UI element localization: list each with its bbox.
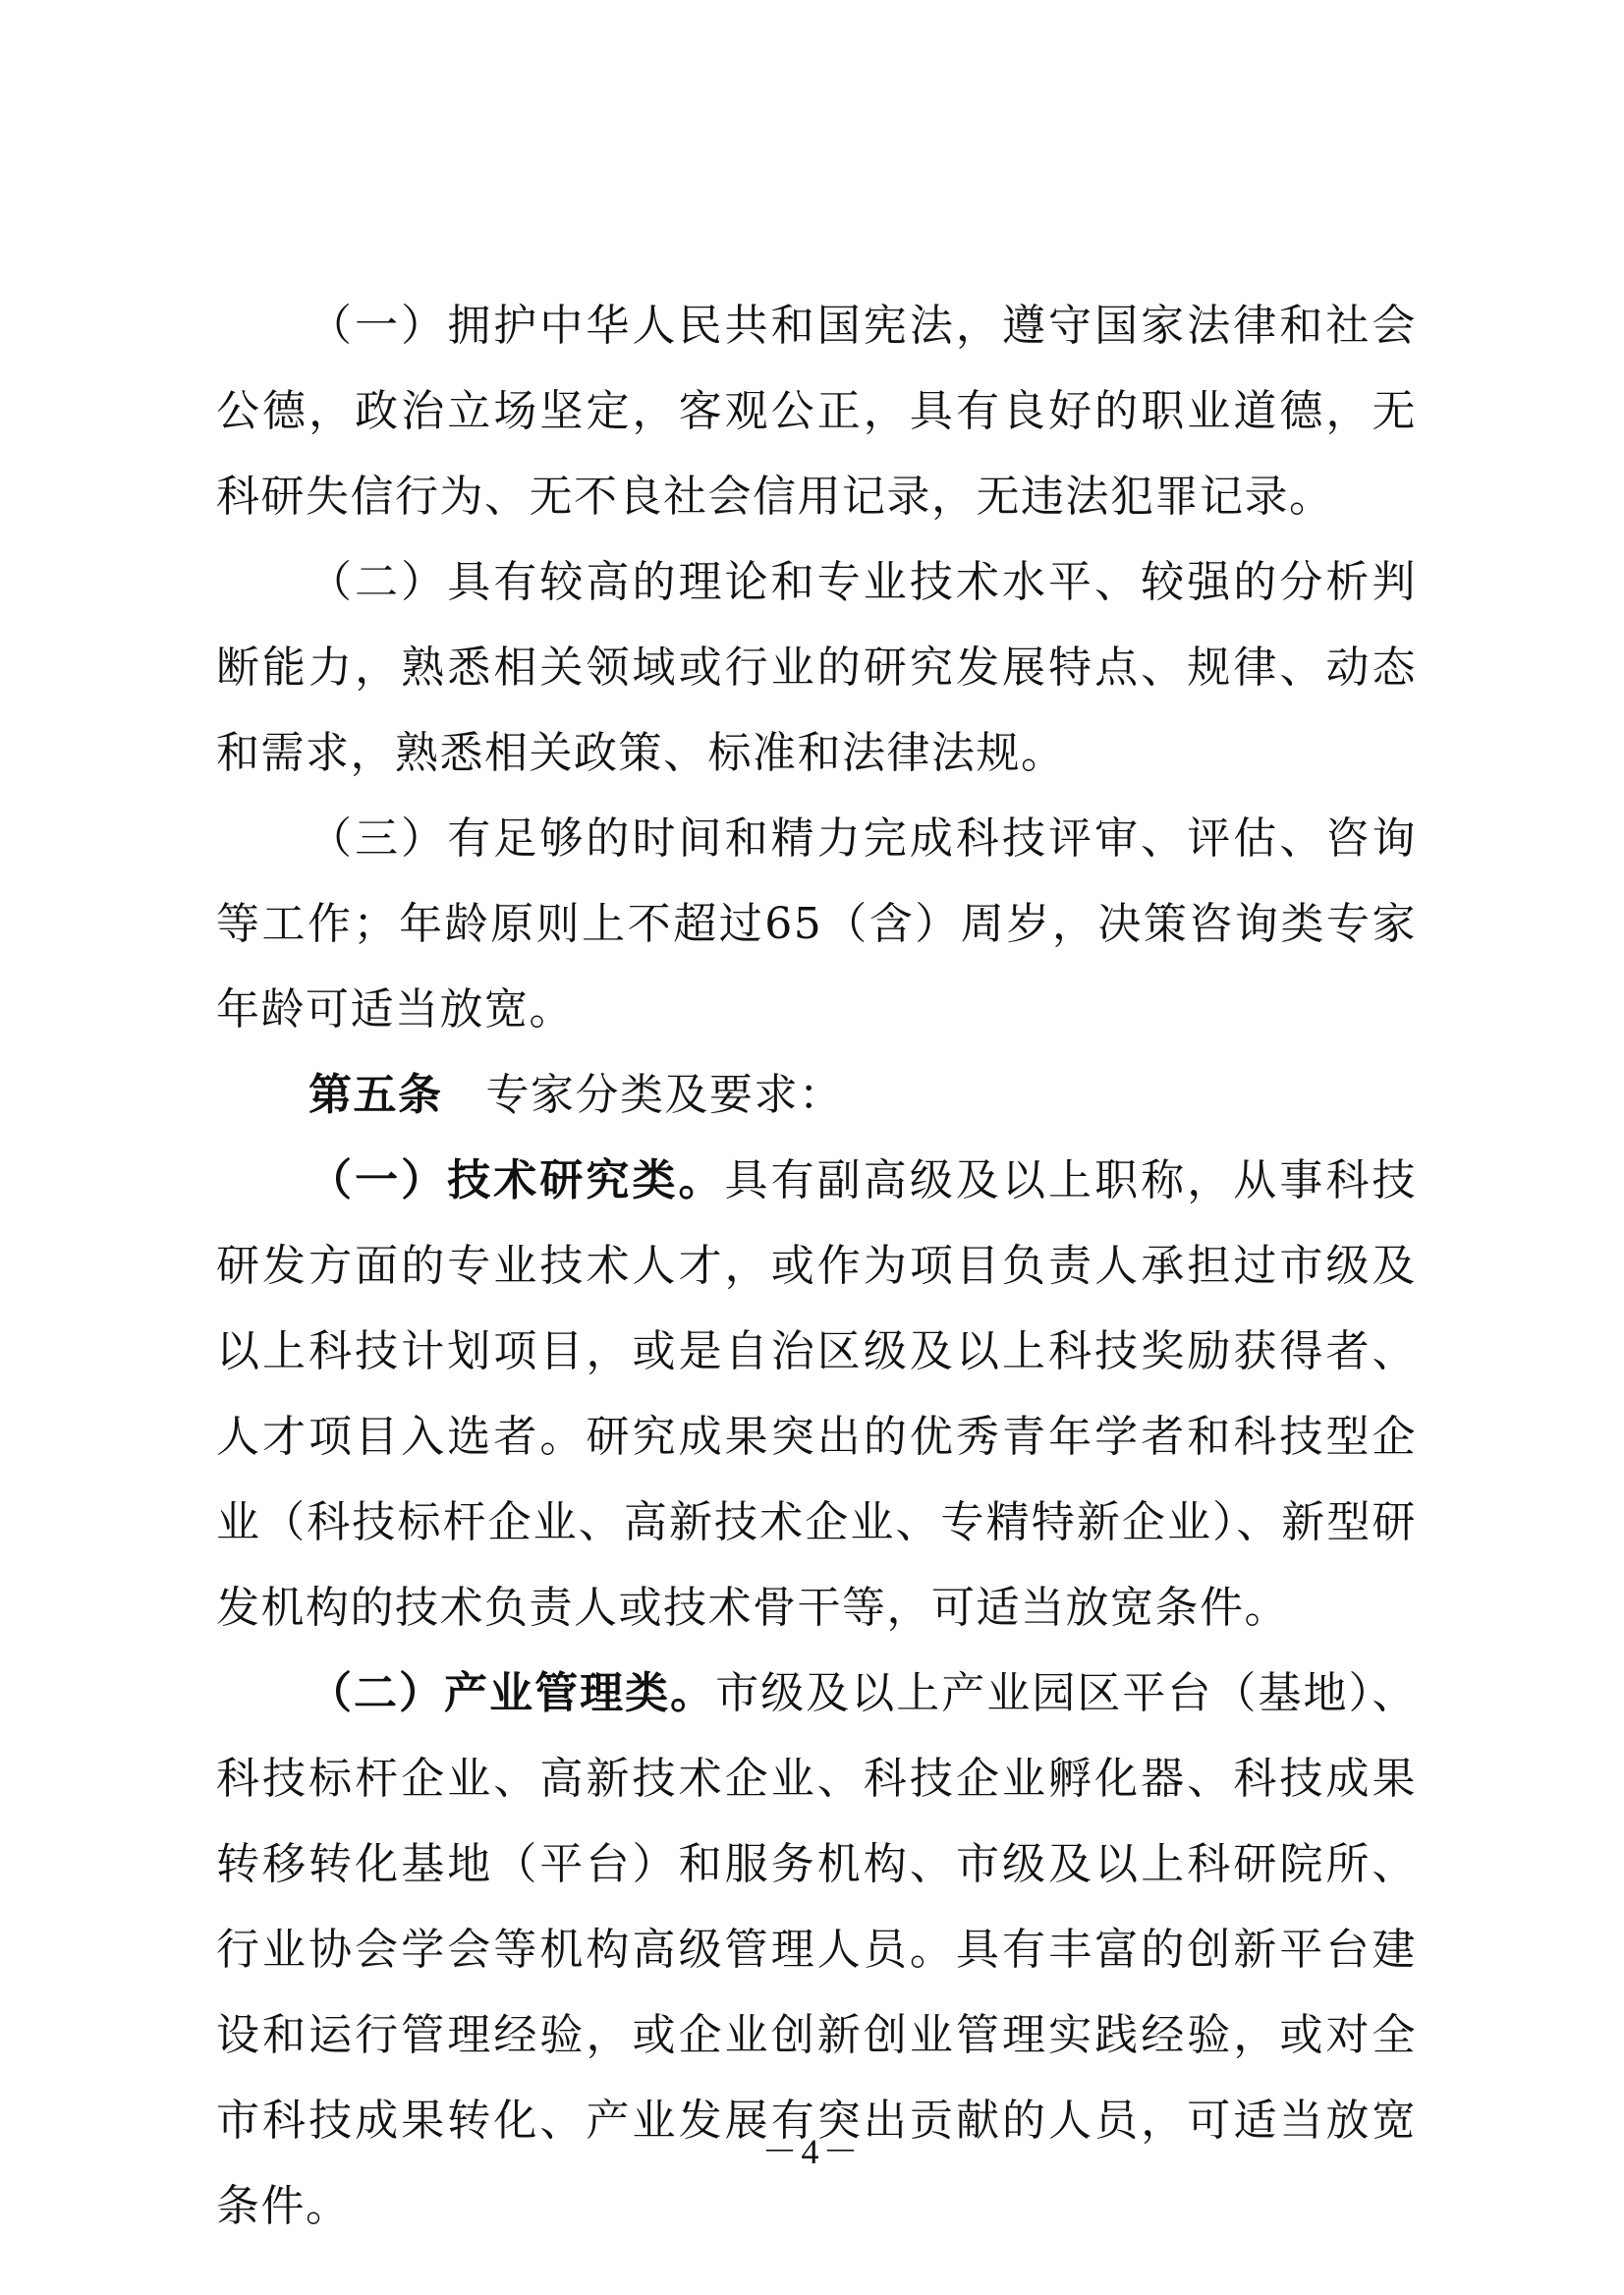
page-number: －4－	[0, 2124, 1624, 2174]
requirement-paragraph-1: （一）拥护中华人民共和国宪法，遵守国家法律和社会公德，政治立场坚定，客观公正，具…	[216, 283, 1417, 539]
requirement-paragraph-3: （三）有足够的时间和精力完成科技评审、评估、咨询等工作；年龄原则上不超过65（含…	[216, 796, 1417, 1052]
article-five-heading: 第五条专家分类及要求：	[216, 1052, 1417, 1138]
category-title: （一）技术研究类。	[308, 1155, 725, 1205]
article-title: 专家分类及要求：	[486, 1070, 844, 1120]
document-page: （一）拥护中华人民共和国宪法，遵守国家法律和社会公德，政治立场坚定，客观公正，具…	[216, 283, 1417, 2249]
category-technical-research: （一）技术研究类。具有副高级及以上职称，从事科技研发方面的专业技术人才，或作为项…	[216, 1138, 1417, 1651]
article-number: 第五条	[308, 1070, 443, 1120]
category-body: 具有副高级及以上职称，从事科技研发方面的专业技术人才，或作为项目负责人承担过市级…	[216, 1155, 1417, 1633]
requirement-paragraph-2: （二）具有较高的理论和专业技术水平、较强的分析判断能力，熟悉相关领域或行业的研究…	[216, 539, 1417, 796]
category-title: （二）产业管理类。	[308, 1668, 715, 1718]
